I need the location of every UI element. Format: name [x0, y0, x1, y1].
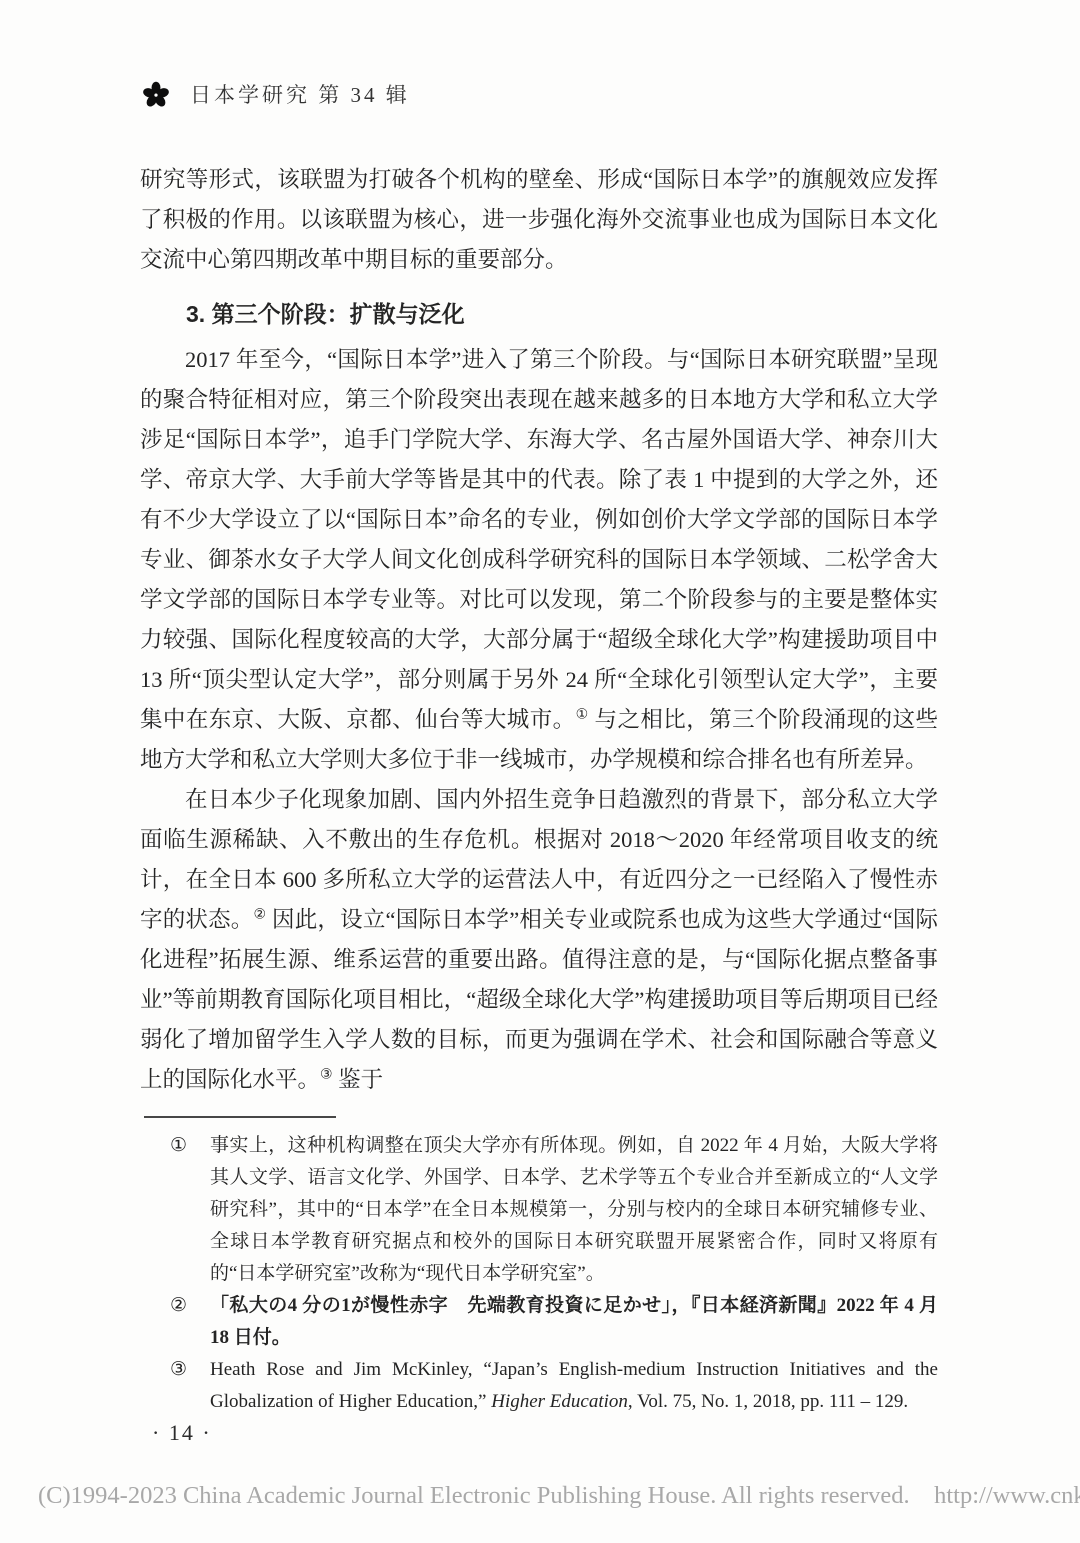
footnote-item: ① 事实上，这种机构调整在顶尖大学亦有所体现。例如，自 2022 年 4 月始，… — [140, 1130, 938, 1290]
footnote-reference: ③ — [320, 1068, 333, 1083]
copyright-footer: (C)1994-2023 China Academic Journal Elec… — [38, 1482, 1080, 1510]
section-heading: 3. 第三个阶段：扩散与泛化 — [140, 294, 938, 334]
text-segment: 鉴于 — [333, 1067, 384, 1092]
footnote-marker: ① — [170, 1130, 210, 1290]
footnote-text: 「私大の4 分の1が慢性赤字 先端教育投資に足かせ」，『日本経済新聞』2022 … — [210, 1290, 938, 1354]
text-segment: 「私大の4 分の1が慢性赤字 先端教育投資に足かせ」，『日本経済新聞』2022 … — [210, 1295, 938, 1348]
page-header: 日本学研究 第 34 辑 — [138, 76, 410, 112]
text-segment: 因此，设立“国际日本学”相关专业或院系也成为这些大学通过“国际化进程”拓展生源、… — [140, 907, 938, 1092]
footnote-reference: ① — [576, 708, 589, 723]
journal-title: 日本学研究 第 34 辑 — [190, 79, 410, 109]
paragraph: 2017 年至今，“国际日本学”进入了第三个阶段。与“国际日本研究联盟”呈现的聚… — [140, 340, 938, 780]
text-segment: Higher Education — [491, 1391, 628, 1412]
footnote-text: 事实上，这种机构调整在顶尖大学亦有所体现。例如，自 2022 年 4 月始，大阪… — [210, 1130, 938, 1290]
text-segment: 2017 年至今，“国际日本学”进入了第三个阶段。与“国际日本研究联盟”呈现的聚… — [140, 347, 938, 732]
journal-page: 日本学研究 第 34 辑 研究等形式，该联盟为打破各个机构的壁垒、形成“国际日本… — [0, 0, 1080, 1543]
flower-icon — [138, 76, 174, 112]
text-segment: , Vol. 75, No. 1, 2018, pp. 111 – 129. — [628, 1391, 908, 1412]
text-segment: 事实上，这种机构调整在顶尖大学亦有所体现。例如，自 2022 年 4 月始，大阪… — [210, 1135, 938, 1284]
body-text: 研究等形式，该联盟为打破各个机构的壁垒、形成“国际日本学”的旗舰效应发挥了积极的… — [140, 160, 938, 1418]
footnote-divider — [144, 1116, 336, 1118]
footnote-marker: ③ — [170, 1354, 210, 1418]
paragraph: 研究等形式，该联盟为打破各个机构的壁垒、形成“国际日本学”的旗舰效应发挥了积极的… — [140, 160, 938, 280]
page-number: · 14 · — [152, 1420, 212, 1446]
footnote-marker: ② — [170, 1290, 210, 1354]
footnote-item: ③ Heath Rose and Jim McKinley, “Japan’s … — [140, 1354, 938, 1418]
footnote-item: ② 「私大の4 分の1が慢性赤字 先端教育投資に足かせ」，『日本経済新聞』202… — [140, 1290, 938, 1354]
paragraph: 在日本少子化现象加剧、国内外招生竞争日趋激烈的背景下，部分私立大学面临生源稀缺、… — [140, 780, 938, 1100]
footnote-text: Heath Rose and Jim McKinley, “Japan’s En… — [210, 1354, 938, 1418]
footnote-section: ① 事实上，这种机构调整在顶尖大学亦有所体现。例如，自 2022 年 4 月始，… — [140, 1116, 938, 1418]
footnote-reference: ② — [254, 908, 267, 923]
